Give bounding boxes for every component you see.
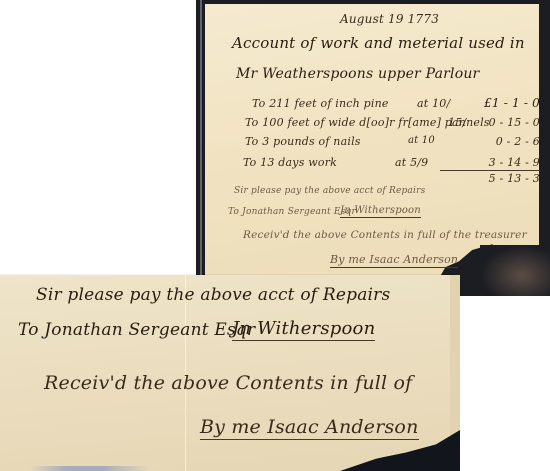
document-instruction-line2: To Jonathan Sergeant Esqr xyxy=(228,207,356,217)
document-heading-line2: Mr Weatherspoons upper Parlour xyxy=(236,66,479,82)
inset-receipt-signature: By me Isaac Anderson xyxy=(200,416,419,440)
inset-edge xyxy=(450,275,460,435)
line-item-4-amount: 3 - 14 - 9 xyxy=(470,156,540,169)
document-date: August 19 1773 xyxy=(340,12,439,26)
inset-witherspoon-signature: Jn Witherspoon xyxy=(232,318,375,341)
torn-corner xyxy=(480,245,550,296)
line-item-3-description: To 3 pounds of nails xyxy=(245,135,361,148)
inset-receipt-line: Receiv'd the above Contents in full of xyxy=(44,372,412,394)
line-item-4-rate: at 5/9 xyxy=(395,156,428,169)
document-heading-line1: Account of work and meterial used in xyxy=(232,34,525,52)
sum-rule xyxy=(440,170,540,171)
document-total: 5 - 13 - 3 xyxy=(470,172,540,185)
line-item-2-amount: 0 - 15 - 0 xyxy=(470,116,540,129)
document-receipt-line: Receiv'd the above Contents in full of t… xyxy=(243,229,527,241)
line-item-3-rate: at 10 xyxy=(408,135,435,146)
line-item-4-description: To 13 days work xyxy=(243,156,337,169)
document-receipt-signature: By me Isaac Anderson xyxy=(330,253,458,268)
inset-blue-stain xyxy=(30,466,150,471)
line-item-3-amount: 0 - 2 - 6 xyxy=(470,135,540,148)
line-item-1-rate: at 10/ xyxy=(417,97,450,110)
mount-edge xyxy=(200,0,202,296)
line-item-1-description: To 211 feet of inch pine xyxy=(252,97,389,110)
line-item-1-amount: £1 - 1 - 0 xyxy=(470,96,540,110)
inset-instruction-line1: Sir please pay the above acct of Repairs xyxy=(36,285,390,305)
document-witherspoon-signature: Jn Witherspoon xyxy=(340,205,421,218)
line-item-2-rate: 15/ xyxy=(448,116,466,129)
inset-instruction-line2: To Jonathan Sergeant Esqr xyxy=(18,320,255,340)
document-instruction-line1: Sir please pay the above acct of Repairs xyxy=(234,186,425,196)
